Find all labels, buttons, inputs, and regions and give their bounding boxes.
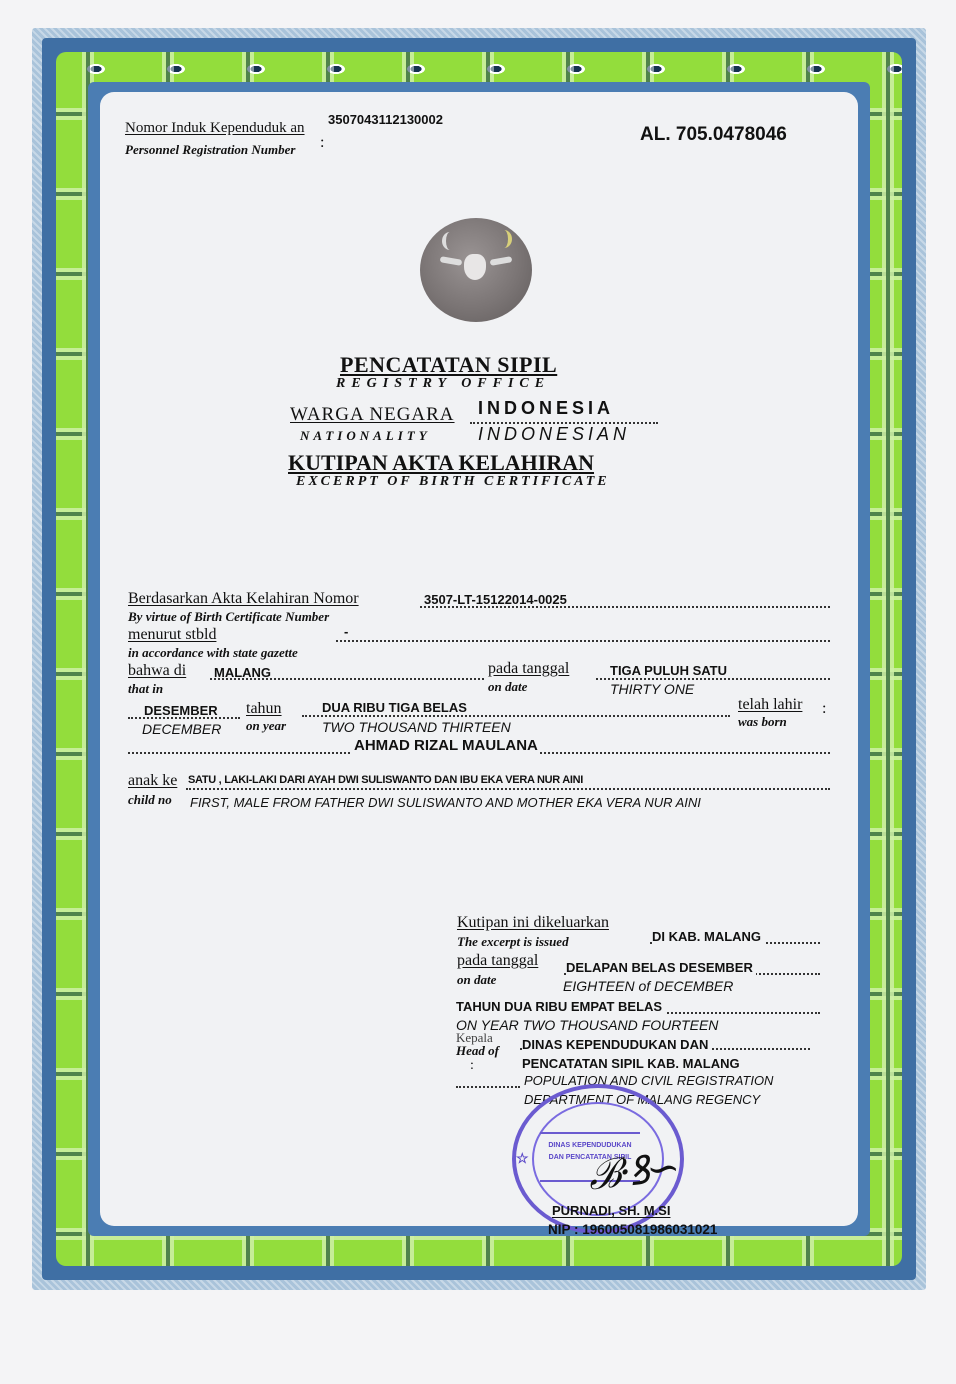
born-label-en: was born	[738, 714, 787, 730]
cert-number-label: Berdasarkan Akta Kelahiran Nomor	[128, 590, 359, 608]
place-label: bahwa di	[128, 662, 186, 680]
stbld-value: -	[344, 624, 348, 639]
dept-line-1: DINAS KEPENDUDUKAN DAN	[522, 1037, 711, 1052]
document-title-en: EXCERPT OF BIRTH CERTIFICATE	[296, 474, 610, 490]
child-no-value: SATU , LAKI-LAKI DARI AYAH DWI SULISWANT…	[188, 774, 583, 786]
issued-value: DI KAB. MALANG	[652, 929, 764, 944]
nationality-value-en: INDONESIAN	[478, 424, 630, 445]
year-value-en: TWO THOUSAND THIRTEEN	[322, 719, 511, 735]
nik-label-en: Personnel Registration Number	[125, 142, 295, 158]
date-value: TIGA PULUH SATU	[610, 663, 727, 678]
child-no-value-en: FIRST, MALE FROM FATHER DWI SULISWANTO A…	[190, 795, 701, 810]
date-value-en: THIRTY ONE	[610, 681, 694, 697]
month-value-en: DECEMBER	[142, 721, 221, 737]
place-label-en: that in	[128, 681, 163, 697]
dept-en-dotted-line	[456, 1086, 520, 1088]
place-dotted-line	[210, 678, 484, 680]
cert-number-label-en: By virtue of Birth Certificate Number	[128, 609, 329, 625]
born-colon: :	[822, 700, 826, 718]
date-dotted-line	[596, 678, 830, 680]
issue-date-label-en: on date	[457, 972, 496, 988]
child-no-dotted-line	[186, 788, 830, 790]
date-label-en: on date	[488, 679, 527, 695]
child-name: AHMAD RIZAL MAULANA	[352, 737, 540, 754]
issued-label: Kutipan ini dikeluarkan	[457, 914, 609, 932]
stbld-dotted-line	[336, 640, 830, 642]
issue-date-label: pada tanggal	[457, 952, 538, 970]
month-value: DESEMBER	[144, 703, 218, 718]
child-no-label: anak ke	[128, 772, 177, 790]
issue-year-value: TAHUN DUA RIBU EMPAT BELAS	[456, 999, 665, 1014]
head-label-en: Head of	[456, 1043, 499, 1059]
dept-line-2: PENCATATAN SIPIL KAB. MALANG	[522, 1056, 740, 1071]
office-title-en: REGISTRY OFFICE	[336, 376, 550, 392]
month-dotted-line	[128, 717, 240, 719]
nik-label: Nomor Induk Kependuduk an	[125, 120, 305, 137]
cert-number-value: 3507-LT-15122014-0025	[424, 592, 567, 607]
nik-value: 3507043112130002	[328, 112, 443, 127]
year-value: DUA RIBU TIGA BELAS	[322, 700, 467, 715]
stbld-label: menurut stbld	[128, 626, 216, 644]
nationality-value: INDONESIA	[478, 398, 614, 419]
dept-en-line-1: POPULATION AND CIVIL REGISTRATION	[524, 1073, 773, 1088]
nationality-label: WARGA NEGARA	[290, 404, 455, 426]
nationality-label-en: NATIONALITY	[300, 428, 431, 444]
official-nip: NIP : 196005081986031021	[548, 1222, 717, 1237]
issue-year-value-en: ON YEAR TWO THOUSAND FOURTEEN	[456, 1017, 718, 1033]
head-colon: :	[470, 1058, 474, 1074]
nik-colon: :	[320, 134, 324, 152]
signature: ℬ·ꝸ∽	[585, 1138, 679, 1202]
issue-date-value-en: EIGHTEEN of DECEMBER	[563, 978, 733, 994]
office-title: PENCATATAN SIPIL	[340, 352, 557, 378]
born-label: telah lahir	[738, 696, 802, 714]
star-icon: ☆	[516, 1150, 529, 1167]
year-label-en: on year	[246, 718, 286, 734]
garuda-emblem-icon	[420, 218, 532, 322]
year-dotted-line	[302, 715, 730, 717]
serial-number: AL. 705.0478046	[640, 124, 787, 146]
official-name: PURNADI, SH. M.SI	[552, 1203, 670, 1218]
cert-number-dotted-line	[420, 606, 830, 608]
stbld-label-en: in accordance with state gazette	[128, 645, 298, 661]
issue-date-value: DELAPAN BELAS DESEMBER	[566, 960, 756, 975]
year-label: tahun	[246, 700, 282, 718]
issued-label-en: The excerpt is issued	[457, 934, 569, 950]
child-no-label-en: child no	[128, 792, 172, 808]
date-label: pada tanggal	[488, 660, 569, 678]
document-title: KUTIPAN AKTA KELAHIRAN	[288, 450, 594, 476]
